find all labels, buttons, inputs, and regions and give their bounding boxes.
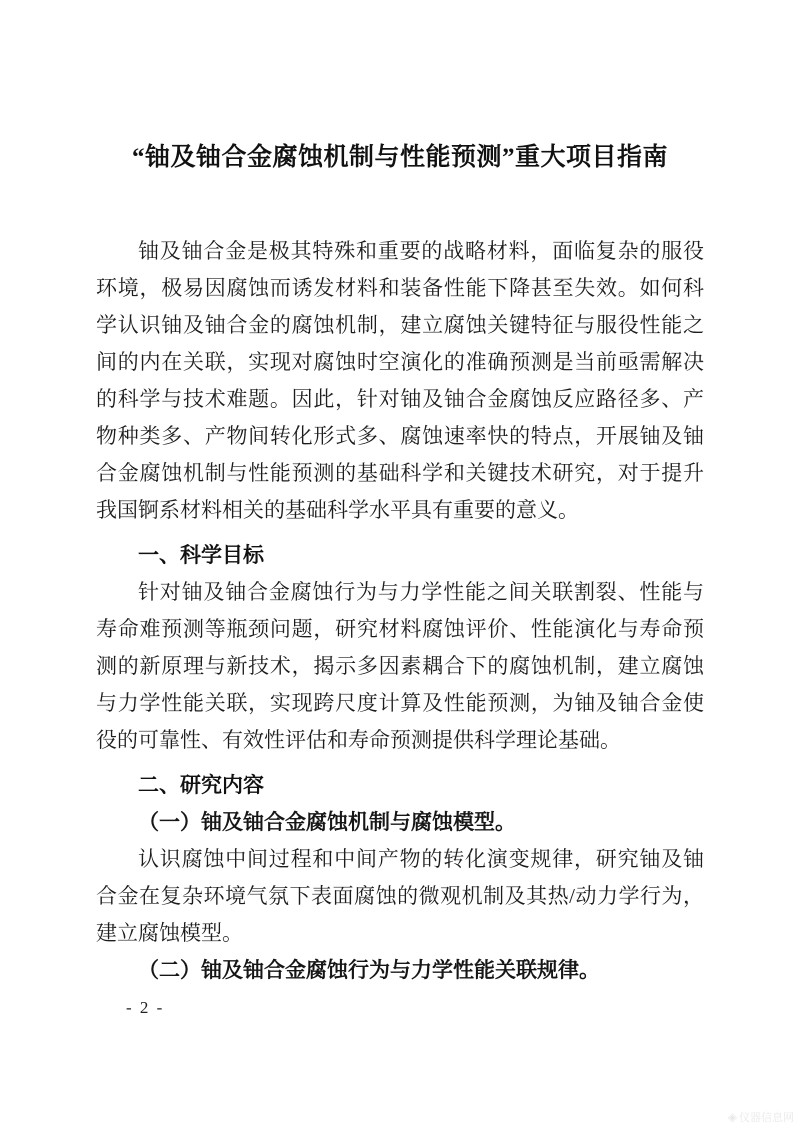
page-number: - 2 - xyxy=(96,989,704,1026)
section-1-heading: 一、科学目标 xyxy=(96,537,704,574)
page-title: “铀及铀合金腐蚀机制与性能预测”重大项目指南 xyxy=(96,0,704,175)
section-2-item-1-heading: （一）铀及铀合金腐蚀机制与腐蚀模型。 xyxy=(96,804,704,841)
watermark-text: 仪器信息网 xyxy=(739,1109,794,1125)
intro-paragraph: 铀及铀合金是极其特殊和重要的战略材料，面临复杂的服役环境，极易因腐蚀而诱发材料和… xyxy=(96,233,704,529)
watermark-logo-icon: ◈ xyxy=(728,1111,737,1123)
section-2-item-2-heading: （二）铀及铀合金腐蚀行为与力学性能关联规律。 xyxy=(96,952,704,989)
document-page: “铀及铀合金腐蚀机制与性能预测”重大项目指南 铀及铀合金是极其特殊和重要的战略材… xyxy=(0,0,800,1131)
document-body: 铀及铀合金是极其特殊和重要的战略材料，面临复杂的服役环境，极易因腐蚀而诱发材料和… xyxy=(96,233,704,989)
section-2-heading: 二、研究内容 xyxy=(96,767,704,804)
section-1-paragraph: 针对铀及铀合金腐蚀行为与力学性能之间关联割裂、性能与寿命难预测等瓶颈问题，研究材… xyxy=(96,574,704,759)
section-2-item-1-paragraph: 认识腐蚀中间过程和中间产物的转化演变规律，研究铀及铀合金在复杂环境气氛下表面腐蚀… xyxy=(96,841,704,952)
watermark: ◈ 仪器信息网 xyxy=(728,1109,794,1125)
